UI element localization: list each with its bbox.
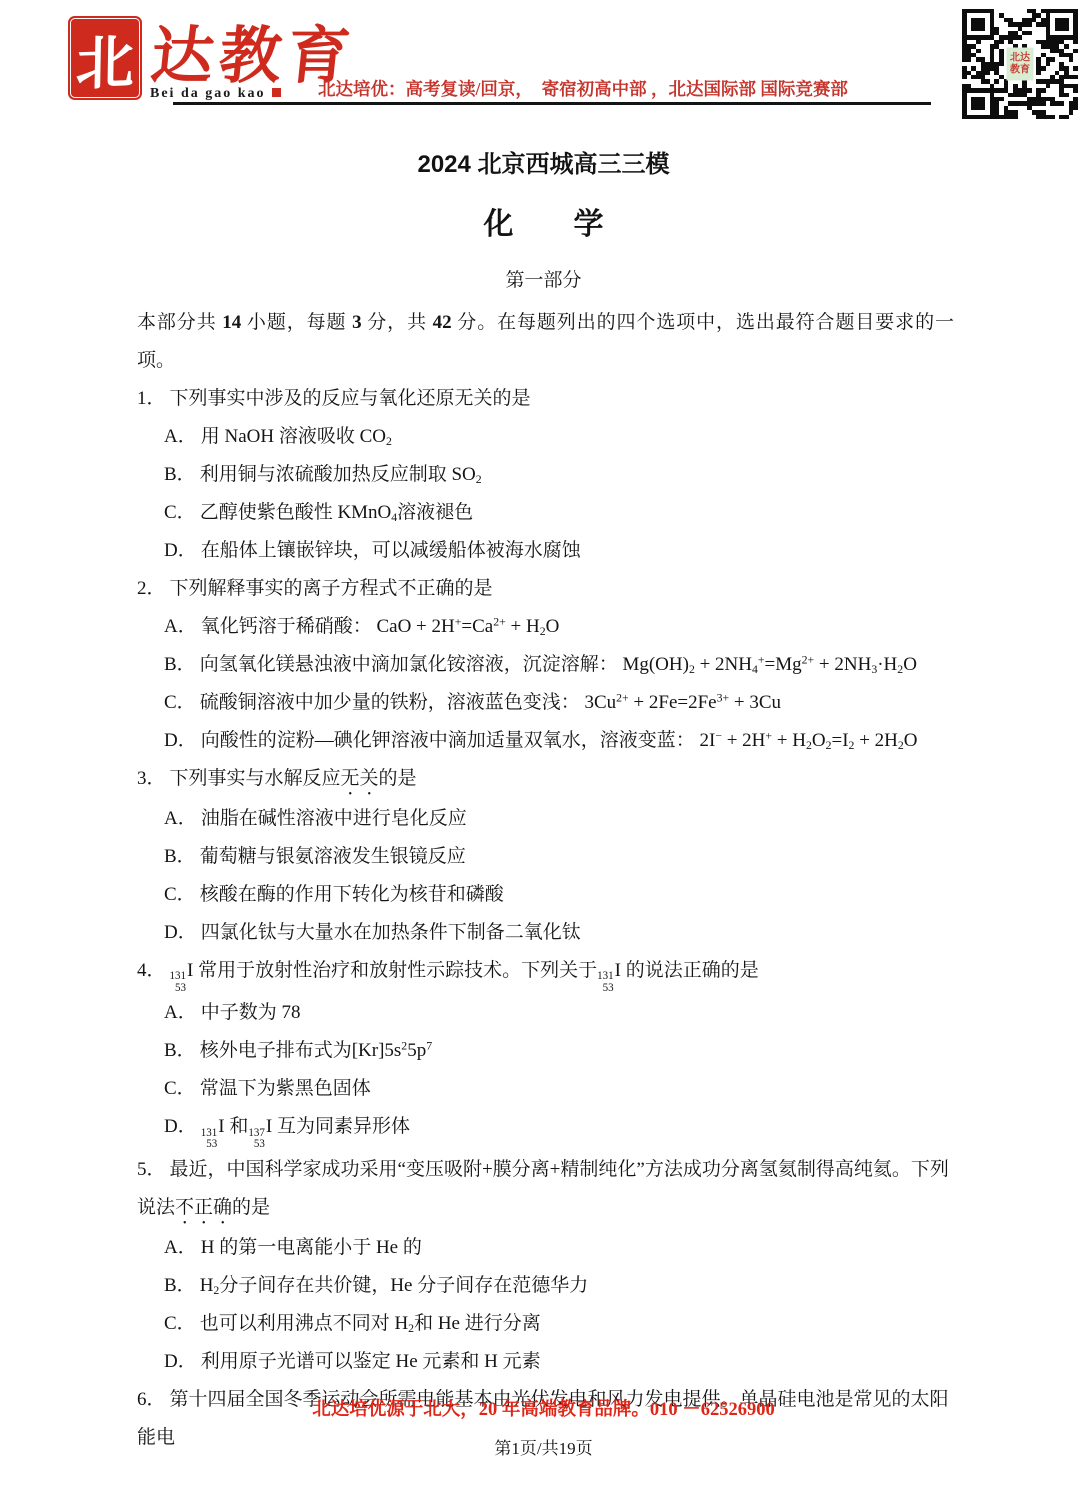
question-option: D．13153I 和13753I 互为同素异形体: [137, 1108, 954, 1150]
question-stem: 2．下列解释事实的离子方程式不正确的是: [137, 570, 954, 608]
question-option: C．乙醇使紫色酸性 KMnO4溶液褪色: [137, 494, 954, 532]
question-option: A．中子数为 78: [137, 994, 954, 1032]
header-divider: [173, 102, 931, 105]
page-number: 第1页/共19页: [0, 1434, 1087, 1459]
question-option: A．用 NaOH 溶液吸收 CO2: [137, 418, 954, 456]
header-tagline: 北达培优：高考复读/回京， 寄宿初高中部 ，北达国际部 国际竞赛部: [318, 76, 848, 101]
question-option: B．H2分子间存在共价键，He 分子间存在范德华力: [137, 1267, 954, 1305]
question-option: B．向氢氧化镁悬浊液中滴加氯化铵溶液，沉淀溶解： Mg(OH)2 + 2NH4+…: [137, 646, 954, 684]
question-stem: 1．下列事实中涉及的反应与氧化还原无关的是: [137, 380, 954, 418]
question-option: B．核外电子排布式为[Kr]5s25p7: [137, 1032, 954, 1070]
question-option: D．在船体上镶嵌锌块，可以减缓船体被海水腐蚀: [137, 532, 954, 570]
question-option: A．油脂在碱性溶液中进行皂化反应: [137, 800, 954, 838]
header: 北 达教育 Bei da gao kao 北达培优：高考复读/回京， 寄宿初高中…: [0, 0, 1087, 122]
question-option: B．利用铜与浓硫酸加热反应制取 SO2: [137, 456, 954, 494]
question-stem: 3．下列事实与水解反应无关的是: [137, 760, 954, 800]
exam-paper-page: 北 达教育 Bei da gao kao 北达培优：高考复读/回京， 寄宿初高中…: [0, 0, 1087, 1512]
part-heading: 第一部分: [0, 265, 1087, 292]
red-square-icon: [272, 88, 281, 97]
question-option: C．硫酸铜溶液中加少量的铁粉，溶液蓝色变浅： 3Cu2+ + 2Fe=2Fe3+…: [137, 684, 954, 722]
question: 3．下列事实与水解反应无关的是A．油脂在碱性溶液中进行皂化反应B．葡萄糖与银氨溶…: [137, 760, 954, 952]
brand-seal-logo: 北: [68, 16, 142, 100]
question-option: A．氧化钙溶于稀硝酸： CaO + 2H+=Ca2+ + H2O: [137, 608, 954, 646]
qr-center-label: 北达 教育: [1007, 48, 1034, 81]
footer-slogan: 北达培优源于北大，20 年高端教育品牌。010 －62526900: [0, 1395, 1087, 1421]
question: 2．下列解释事实的离子方程式不正确的是A．氧化钙溶于稀硝酸： CaO + 2H+…: [137, 570, 954, 760]
seal-character: 北: [75, 15, 135, 101]
question-option: A．H 的第一电离能小于 He 的: [137, 1229, 954, 1267]
question-option: C．也可以利用沸点不同对 H2和 He 进行分离: [137, 1305, 954, 1343]
question-option: D．四氯化钛与大量水在加热条件下制备二氧化钛: [137, 914, 954, 952]
subject-title: 化 学: [0, 199, 1087, 243]
question-option: D．利用原子光谱可以鉴定 He 元素和 H 元素: [137, 1343, 954, 1381]
question: 4．13153I 常用于放射性治疗和放射性示踪技术。下列关于13153I 的说法…: [137, 952, 954, 1151]
content: 本部分共 14 小题，每题 3 分，共 42 分。在每题列出的四个选项中，选出最…: [137, 304, 954, 1457]
question-option: B．葡萄糖与银氨溶液发生银镜反应: [137, 838, 954, 876]
question-option: C．常温下为紫黑色固体: [137, 1070, 954, 1108]
question-option: D．向酸性的淀粉—碘化钾溶液中滴加适量双氧水，溶液变蓝： 2I− + 2H+ +…: [137, 722, 954, 760]
question-option: C．核酸在酶的作用下转化为核苷和磷酸: [137, 876, 954, 914]
intro-paragraph: 本部分共 14 小题，每题 3 分，共 42 分。在每题列出的四个选项中，选出最…: [137, 304, 954, 380]
question-stem: 5．最近，中国科学家成功采用“变压吸附+膜分离+精制纯化”方法成功分离氢氦制得高…: [137, 1151, 954, 1229]
questions-list: 1．下列事实中涉及的反应与氧化还原无关的是A．用 NaOH 溶液吸收 CO2B．…: [137, 380, 954, 1457]
brand-subtitle: Bei da gao kao: [150, 86, 281, 102]
question: 1．下列事实中涉及的反应与氧化还原无关的是A．用 NaOH 溶液吸收 CO2B．…: [137, 380, 954, 570]
question-stem: 4．13153I 常用于放射性治疗和放射性示踪技术。下列关于13153I 的说法…: [137, 952, 954, 994]
qr-code: 北达 教育: [959, 7, 1081, 121]
question: 5．最近，中国科学家成功采用“变压吸附+膜分离+精制纯化”方法成功分离氢氦制得高…: [137, 1151, 954, 1381]
